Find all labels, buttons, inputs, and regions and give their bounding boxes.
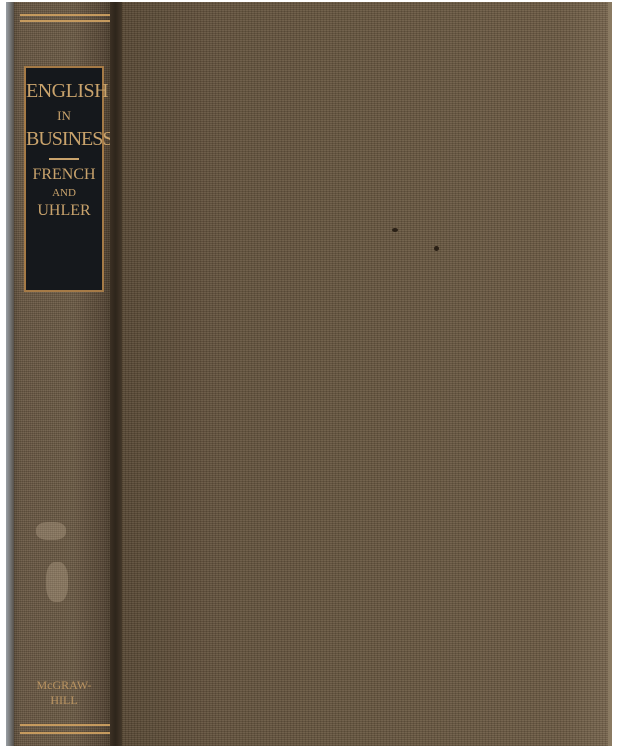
cover-edge [608, 2, 612, 746]
stain-mark [434, 246, 439, 251]
title-line-1: ENGLISH [26, 80, 102, 102]
spine-publisher: McGRAW- HILL [16, 678, 112, 708]
gilt-rule-top-2 [20, 20, 112, 22]
spine-title-label: ENGLISH IN BUSINESS FRENCH AND UHLER [24, 66, 104, 292]
gilt-rule-top-1 [20, 14, 112, 16]
publisher-line-1: McGRAW- [16, 678, 112, 693]
author-line-1: FRENCH [26, 166, 102, 184]
title-line-3: BUSINESS [26, 128, 102, 150]
front-cover [122, 2, 612, 746]
spine-edge [6, 2, 14, 746]
gilt-rule-bottom-1 [20, 724, 112, 726]
publisher-line-2: HILL [16, 693, 112, 708]
author-line-2: AND [26, 186, 102, 200]
book-spine: ENGLISH IN BUSINESS FRENCH AND UHLER McG… [6, 2, 120, 746]
label-divider [49, 158, 79, 160]
title-line-2: IN [26, 108, 102, 124]
book: ENGLISH IN BUSINESS FRENCH AND UHLER McG… [6, 2, 612, 746]
stain-mark [392, 228, 398, 232]
gilt-rule-bottom-2 [20, 732, 112, 734]
author-line-3: UHLER [26, 202, 102, 220]
wear-mark [36, 522, 66, 540]
wear-mark [46, 562, 68, 602]
